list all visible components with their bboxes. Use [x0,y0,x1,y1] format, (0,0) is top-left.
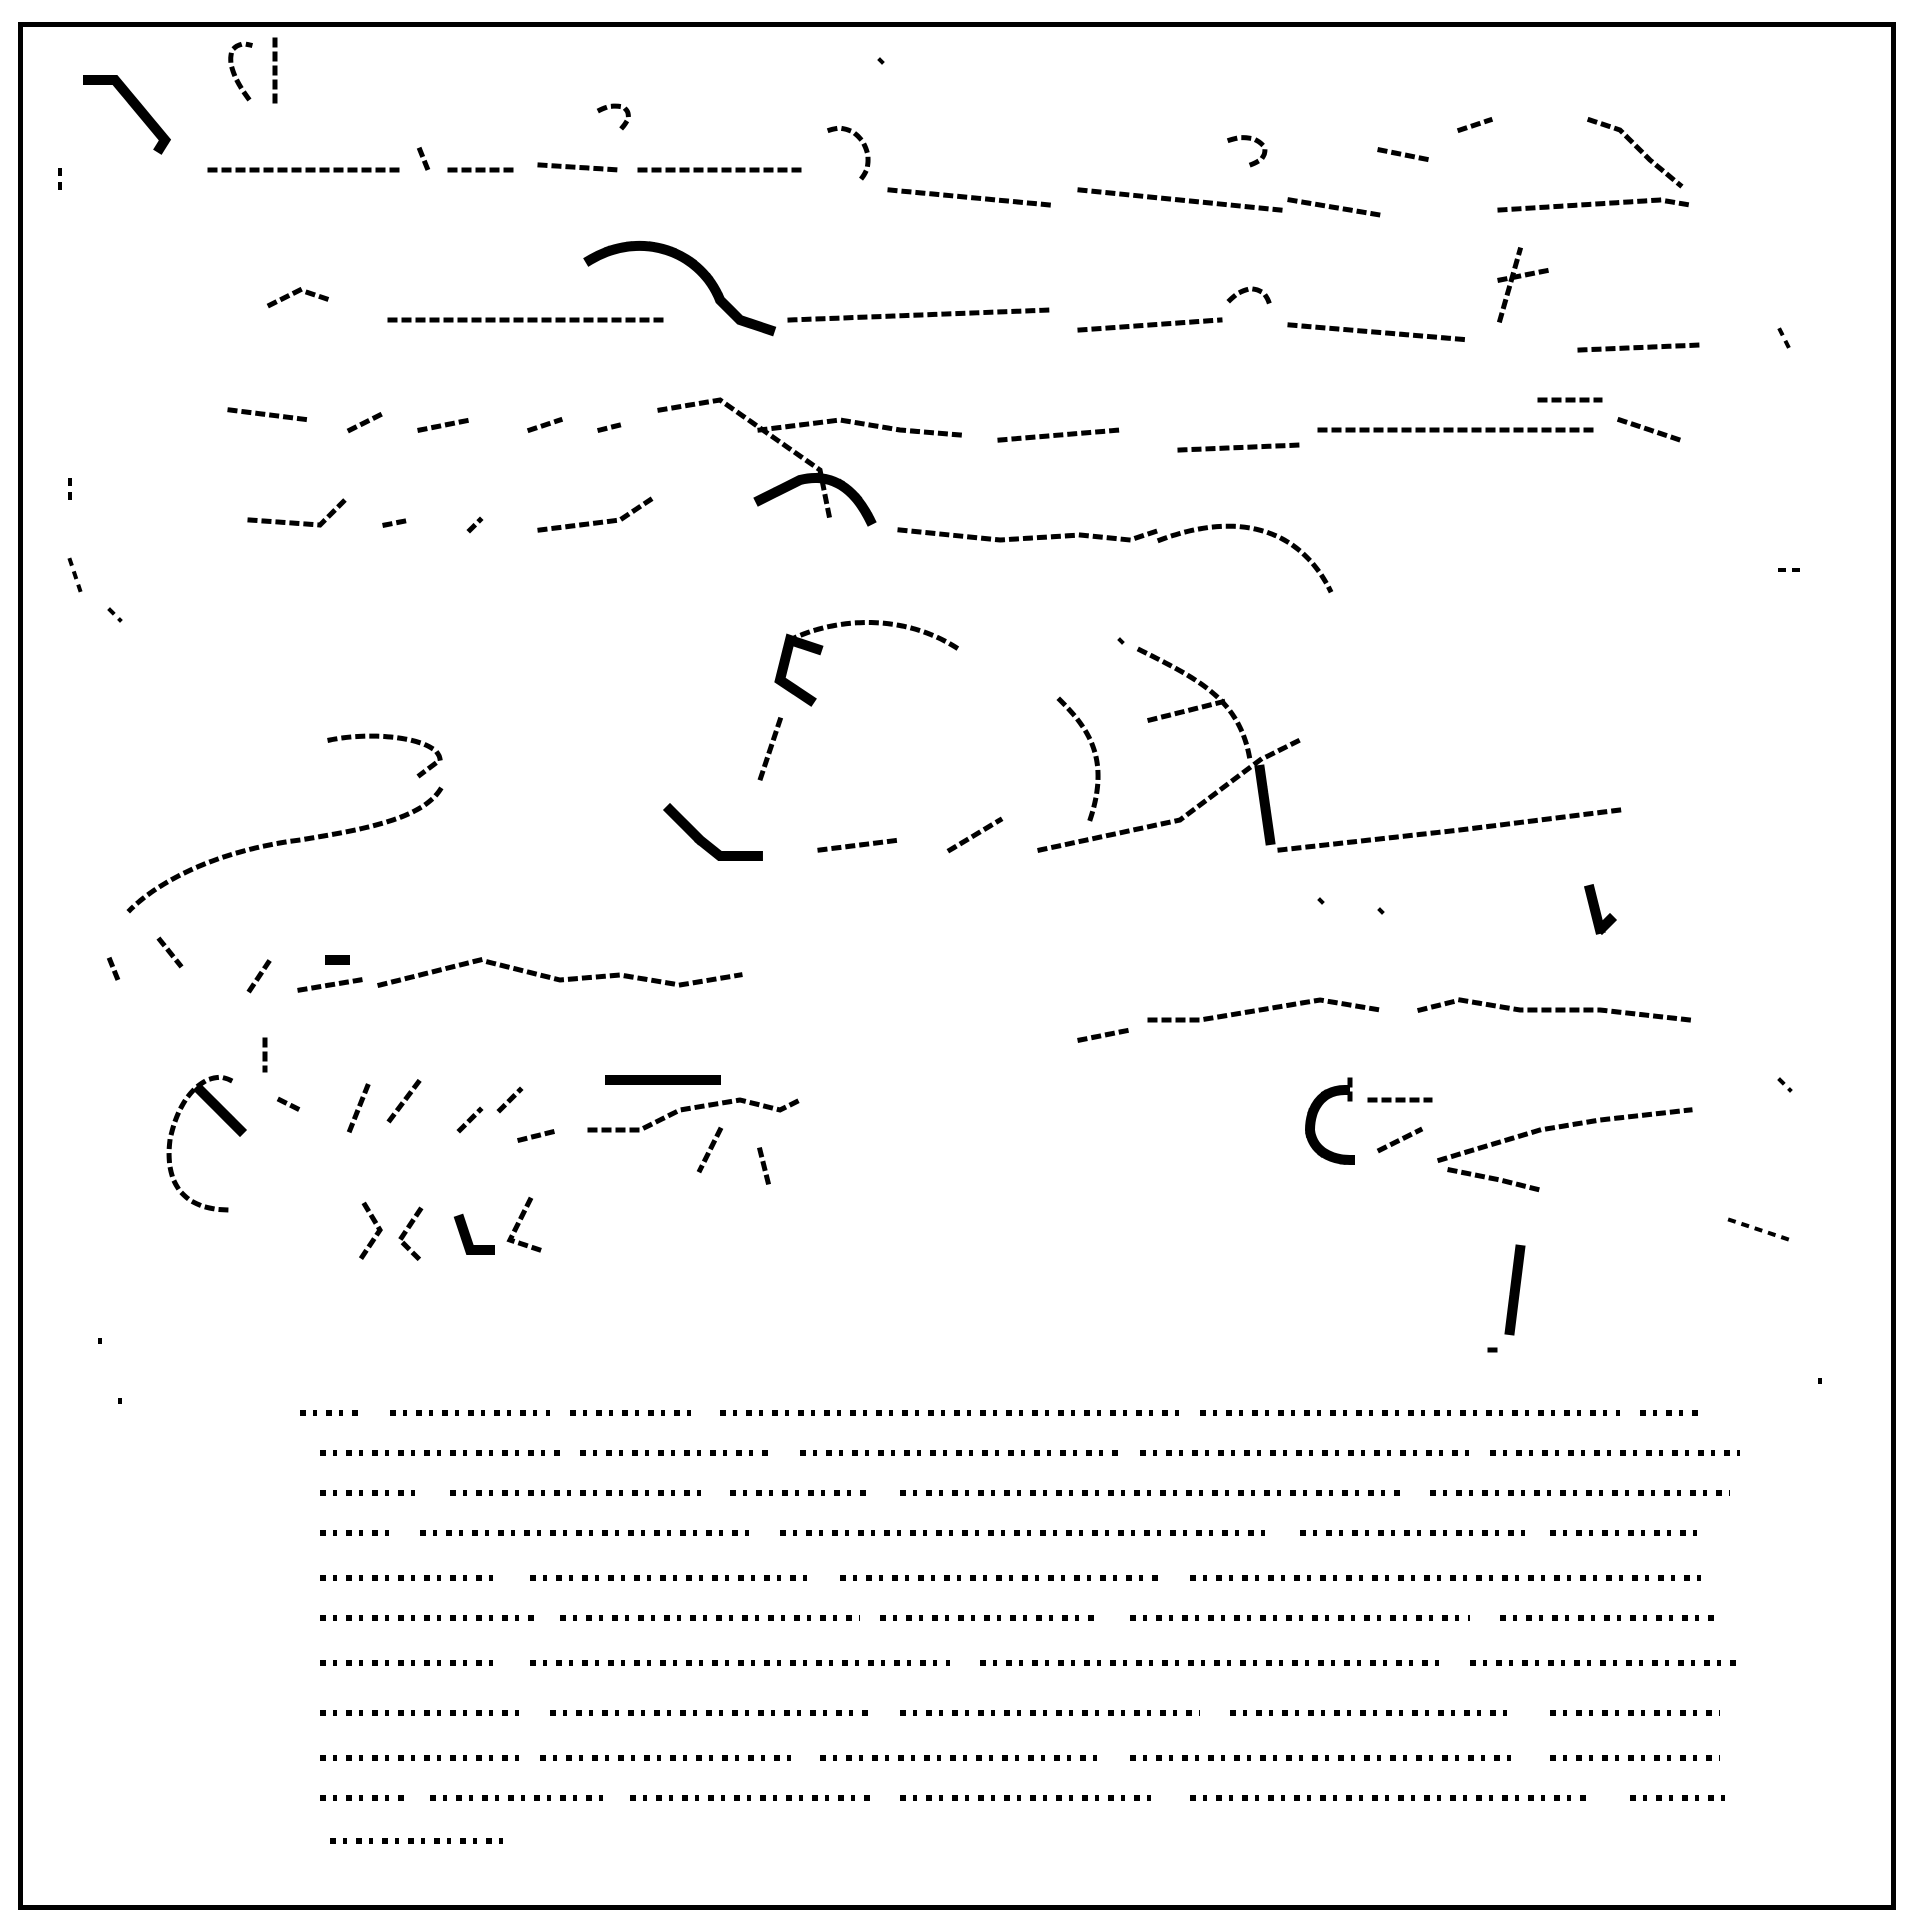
central-signature-strokes [670,623,1620,931]
year-strokes [360,1200,540,1260]
body-line [320,1605,1740,1633]
header-line-3-strokes [230,400,1680,520]
body-line [320,1700,1740,1728]
date-line-strokes [169,1040,800,1210]
right-block-strokes [1080,1000,1690,1350]
header-line-4-strokes [250,478,1330,590]
header-line-2-strokes [270,246,1700,350]
left-flourish-strokes [110,736,740,990]
body-line [300,1400,1700,1428]
body-line [320,1440,1740,1468]
body-line [320,1650,1740,1678]
body-line [320,1480,1740,1508]
body-line [320,1785,1740,1813]
body-line [320,1520,1720,1548]
header-line-1-strokes [88,40,1690,215]
stray-marks [60,60,1820,1402]
body-line [330,1828,530,1856]
handwriting-ink [0,0,1920,1927]
body-line [320,1565,1740,1593]
body-line [320,1745,1740,1773]
